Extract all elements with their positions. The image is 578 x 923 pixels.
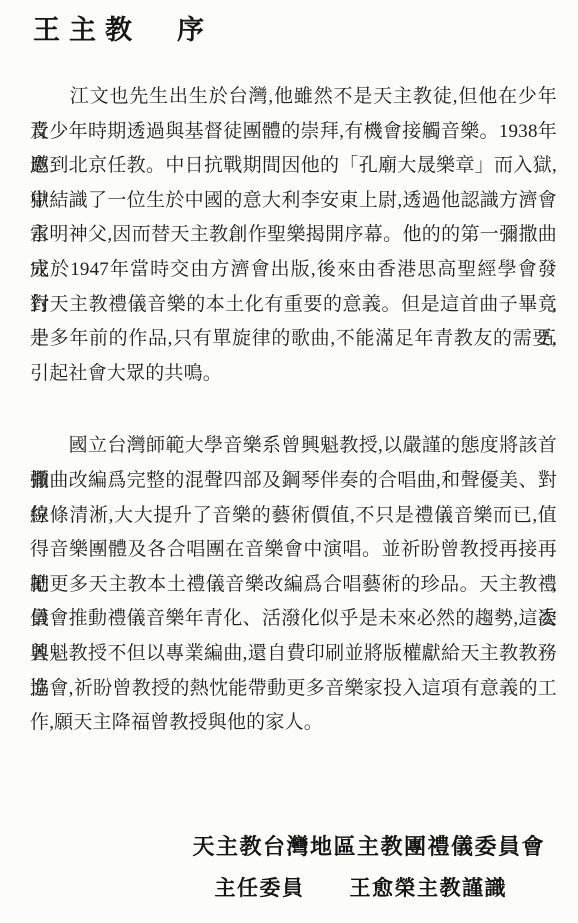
- text-line: 永明神父,因而替天主教創作聖樂揭開序幕。他的的第一彌撒曲完: [30, 218, 557, 253]
- text-line: 員會推動禮儀音樂年青化、活潑化似乎是未來必然的趨勢,這次曾: [30, 602, 557, 637]
- paragraph: 國立台灣師範大學音樂系曾興魁教授,以嚴謹的態度將該首彌撒曲改編爲完整的混聲四部及…: [30, 429, 557, 740]
- text-line: 把更多天主教本土禮儀音樂改編爲合唱藝術的珍品。天主教禮儀委: [30, 568, 557, 603]
- text-line: 青少年時期透過與基督徒團體的崇拜,有機會接觸音樂。1938年應: [30, 115, 557, 150]
- text-line: 中結識了一位生於中國的意大利李安東上尉,透過他認識方濟會雷: [30, 184, 557, 219]
- text-line: 江文也先生出生於台灣,他雖然不是天主教徒,但他在少年及: [30, 80, 557, 115]
- page-title: 王主教 序: [33, 8, 213, 47]
- document-page: 王主教 序 江文也先生出生於台灣,他雖然不是天主教徒,但他在少年及青少年時期透過…: [0, 0, 578, 923]
- text-line: 線條清淅,大大提升了音樂的藝術價值,不只是禮儀音樂而已,值: [30, 499, 557, 534]
- signature-organization: 天主教台灣地區主教團禮儀委員會: [192, 830, 545, 861]
- text-line: 對天主教禮儀音樂的本土化有重要的意義。但是這首曲子畢竟是五: [30, 288, 557, 323]
- text-line: 撒曲改編爲完整的混聲四部及鋼琴伴奏的合唱曲,和聲優美、對位: [30, 464, 557, 499]
- text-line: 引起社會大眾的共鳴。: [30, 357, 557, 392]
- text-line: 作,願天主降福曾教授與他的家人。: [30, 706, 557, 741]
- text-line: 得音樂團體及各合唱團在音樂會中演唱。並祈盼曾教授再接再勵,: [30, 533, 557, 568]
- text-line: 進會,祈盼曾教授的熱忱能帶動更多音樂家投入這項有意義的工: [30, 672, 557, 707]
- text-line: 興魁教授不但以專業編曲,還自費印刷並將版權獻給天主教教務協: [30, 637, 557, 672]
- text-line: 國立台灣師範大學音樂系曾興魁教授,以嚴謹的態度將該首彌: [30, 429, 557, 464]
- signature-block: 天主教台灣地區主教團禮儀委員會 主任委員 王愈榮主教謹識: [192, 830, 545, 902]
- signature-signatory: 主任委員 王愈榮主教謹識: [192, 872, 507, 902]
- paragraph: 江文也先生出生於台灣,他雖然不是天主教徒,但他在少年及青少年時期透過與基督徒團體…: [30, 80, 557, 391]
- text-line: 十多年前的作品,只有單旋律的歌曲,不能滿足年青教友的需要,: [30, 322, 557, 357]
- text-line: 邀到北京任教。中日抗戰期間因他的「孔廟大晟樂章」而入獄,獄: [30, 149, 557, 184]
- text-line: 成於1947年當時交由方濟會出版,後來由香港思高聖經學會發行,: [30, 253, 557, 288]
- document-body: 江文也先生出生於台灣,他雖然不是天主教徒,但他在少年及青少年時期透過與基督徒團體…: [30, 80, 557, 741]
